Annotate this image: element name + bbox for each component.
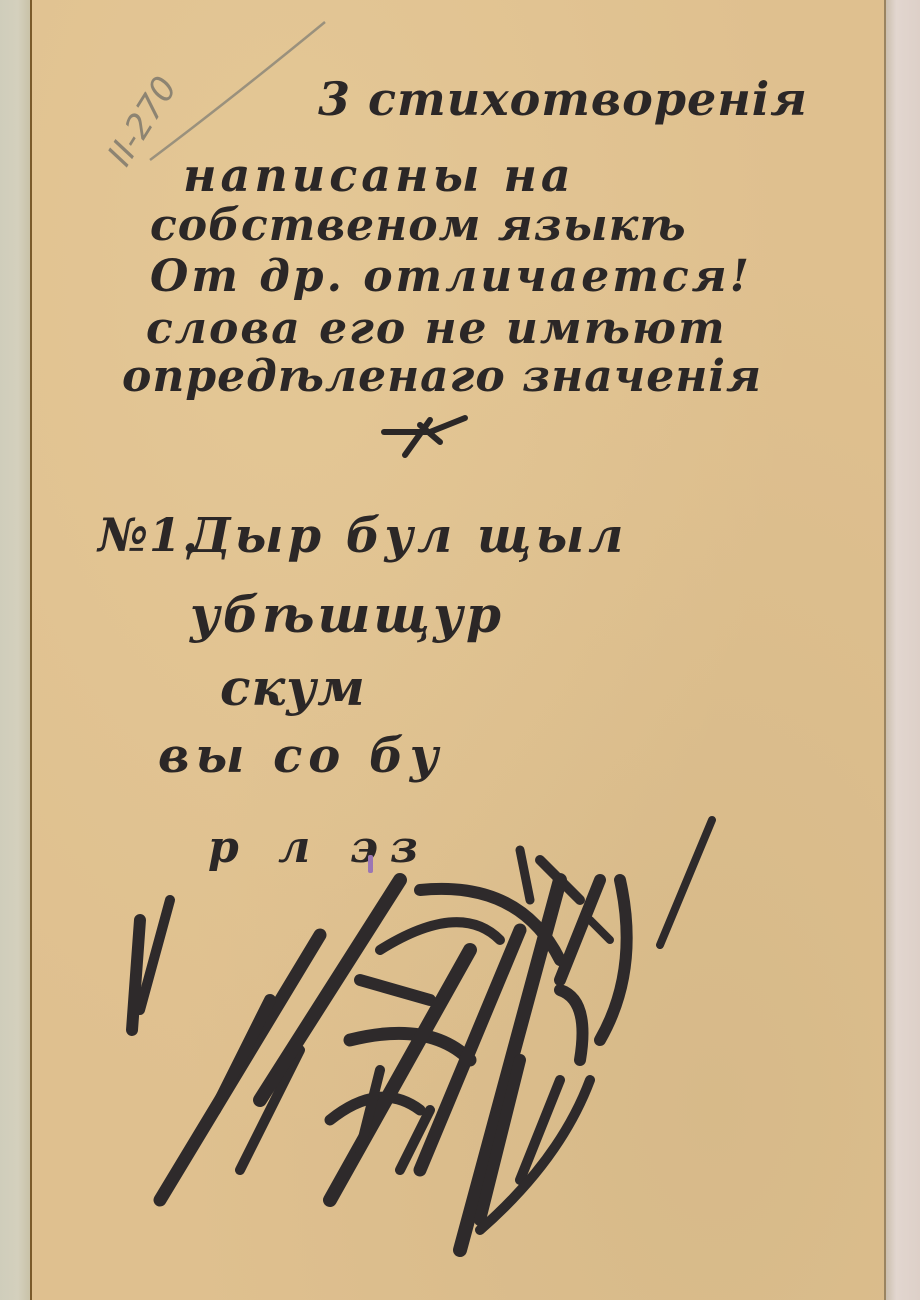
abstract-drawing [0,0,920,1300]
